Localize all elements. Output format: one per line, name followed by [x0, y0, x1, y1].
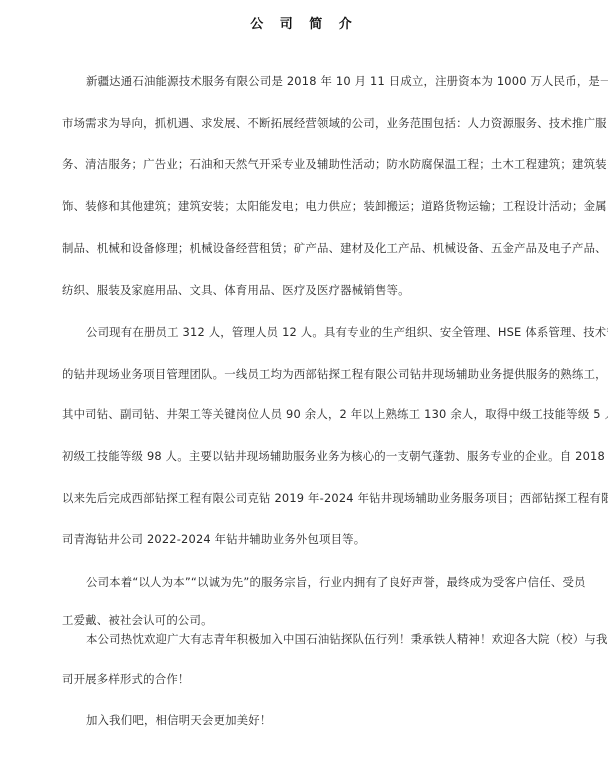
- paragraph-2-line-5: 以来先后完成西部钻探工程有限公司克钻 2019 年-2024 年钻井现场辅助业务…: [62, 490, 602, 506]
- paragraph-1-line-4: 饰、装修和其他建筑；建筑安装；太阳能发电；电力供应；装卸搬运；道路货物运输；工程…: [62, 198, 602, 214]
- paragraph-2-line-1: 公司现有在册员工 312 人，管理人员 12 人。具有专业的生产组织、安全管理、…: [86, 324, 608, 340]
- paragraph-4-line-2: 司开展多样形式的合作！: [62, 671, 602, 687]
- paragraph-2-line-4: 初级工技能等级 98 人。主要以钻井现场辅助服务业务为核心的一支朝气蓬勃、服务专…: [62, 448, 602, 464]
- paragraph-2-line-3: 其中司钻、副司钻、井架工等关键岗位人员 90 余人，2 年以上熟练工 130 余…: [62, 406, 602, 422]
- paragraph-1-line-3: 务、清洁服务；广告业；石油和天然气开采专业及辅助性活动；防水防腐保温工程；土木工…: [62, 156, 602, 172]
- paragraph-1-line-6: 纺织、服装及家庭用品、文具、体育用品、医疗及医疗器械销售等。: [62, 282, 602, 298]
- paragraph-1-line-1: 新疆达通石油能源技术服务有限公司是 2018 年 10 月 11 日成立，注册资…: [86, 73, 608, 89]
- paragraph-1-line-2: 市场需求为导向，抓机遇、求发展、不断拓展经营领域的公司，业务范围包括：人力资源服…: [62, 115, 602, 131]
- paragraph-1-line-5: 制品、机械和设备修理；机械设备经营租赁；矿产品、建材及化工产品、机械设备、五金产…: [62, 240, 602, 256]
- document-page: 公 司 简 介 新疆达通石油能源技术服务有限公司是 2018 年 10 月 11…: [0, 0, 608, 778]
- paragraph-5-line-1: 加入我们吧，相信明天会更加美好！: [86, 712, 608, 728]
- paragraph-2-line-6: 司青海钻井公司 2022-2024 年钻井辅助业务外包项目等。: [62, 531, 602, 547]
- paragraph-4-line-1: 本公司热忱欢迎广大有志青年积极加入中国石油钻探队伍行列！秉承铁人精神！欢迎各大院…: [86, 631, 608, 647]
- document-title: 公 司 简 介: [0, 13, 608, 32]
- paragraph-3-line-1: 公司本着“以人为本”“以诚为先”的服务宗旨，行业内拥有了良好声誉，最终成为受客户…: [86, 574, 608, 590]
- paragraph-2-line-2: 的钻井现场业务项目管理团队。一线员工均为西部钻探工程有限公司钻井现场辅助业务提供…: [62, 366, 602, 382]
- paragraph-3-line-2: 工爱戴、被社会认可的公司。: [62, 612, 602, 628]
